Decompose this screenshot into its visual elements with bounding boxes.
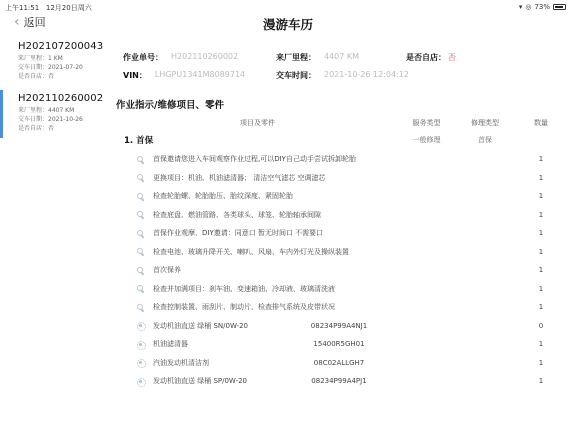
header-item: 项目及零件 — [116, 118, 399, 128]
order-list-sidebar: H202107200043 来厂里程：1 KM 交车日期：2021-07-20 … — [0, 36, 102, 432]
task-text: 更换项目：机油、机油滤清器； 清洁空气滤芯 空调滤芯 — [153, 173, 325, 183]
wrench-icon — [136, 173, 145, 182]
task-qty: 1 — [516, 211, 566, 219]
wifi-icon: ▾ — [519, 3, 523, 11]
task-row: 检查轮胎螺、轮胎胎压、胎纹深度、紧固轮胎 1 — [116, 187, 566, 206]
task-row: 检查并加满项目：刹车油、变速箱油、冷却液、玻璃清洗液 1 — [116, 280, 566, 299]
own-store-label: 是否自店： — [406, 52, 446, 63]
part-code: 15400R5GH01 — [279, 340, 399, 348]
task-row: 首保邀请您进入车间观察作业过程,可以DIY自己动手尝试拆卸轮胎 1 — [116, 150, 566, 169]
wrench-icon — [136, 303, 145, 312]
status-time-date: 上午11:51 12月20日周六 — [5, 3, 92, 13]
order-own-store: 是否自店：否 — [18, 72, 102, 81]
part-code: 08234P99A4NJ1 — [279, 322, 399, 330]
header-service-type: 服务类型 — [399, 118, 454, 128]
status-indicators: ▾ ◎ 73% — [519, 3, 566, 11]
wrench-icon — [136, 229, 145, 238]
battery-percent: 73% — [534, 3, 550, 11]
part-code: 08C02ALLGH7 — [279, 359, 399, 367]
status-bar: 上午11:51 12月20日周六 ▾ ◎ 73% — [0, 0, 576, 14]
gear-icon — [136, 340, 145, 349]
part-row: 机油滤清器 15400R5GH01 1 — [116, 335, 566, 354]
task-qty: 1 — [516, 229, 566, 237]
part-name: 发动机油直送 绿桶 SP/0W-20 — [153, 376, 279, 386]
work-items-table: 项目及零件 服务类型 修理类型 数量 1. 首保 一般修理 首保 首保邀请您进入… — [116, 116, 566, 391]
status-time: 上午11:51 — [5, 4, 39, 12]
wrench-icon — [136, 266, 145, 275]
back-label: 返回 — [24, 14, 46, 30]
part-qty: 1 — [516, 377, 566, 385]
order-mileage: 来厂里程：1 KM — [18, 54, 102, 63]
task-qty: 1 — [516, 285, 566, 293]
part-name: 汽油发动机清洁剂 — [153, 358, 279, 368]
gear-icon — [136, 358, 145, 367]
section-title: 作业指示/维修项目、零件 — [116, 97, 224, 111]
header-repair-type: 修理类型 — [454, 118, 516, 128]
part-code: 08234P99A4PJ1 — [279, 377, 399, 385]
task-row: 检查底盘、燃油管路、各类球头、球笼、轮胎轴承间隙 1 — [116, 206, 566, 225]
battery-icon — [553, 4, 566, 10]
task-text: 检查控制装置、雨刮片、制动片、检查排气系统及皮带状况 — [153, 302, 335, 312]
wrench-icon — [136, 192, 145, 201]
group-row: 1. 首保 一般修理 首保 — [116, 130, 566, 150]
order-id: H202107200043 — [18, 41, 102, 52]
task-text: 检查电池、玻璃升降开关、喇叭、风扇、车内外灯光及操纵装置 — [153, 247, 349, 257]
task-row: 首保作业观摩、DIY邀请：同意口 暂无时间口 不需要口 1 — [116, 224, 566, 243]
table-header: 项目及零件 服务类型 修理类型 数量 — [116, 116, 566, 130]
vin-value: LHGPU1341M8089714 — [155, 70, 245, 81]
task-text: 首次保养 — [153, 265, 181, 275]
task-qty: 1 — [516, 155, 566, 163]
wrench-icon — [136, 247, 145, 256]
order-card[interactable]: H202107200043 来厂里程：1 KM 交车日期：2021-07-20 … — [0, 36, 102, 88]
task-text: 首保邀请您进入车间观察作业过程,可以DIY自己动手尝试拆卸轮胎 — [153, 154, 356, 164]
task-qty: 1 — [516, 248, 566, 256]
vin-label: VIN： — [123, 70, 147, 81]
task-qty: 1 — [516, 266, 566, 274]
status-date: 12月20日周六 — [46, 4, 92, 12]
order-id: H202110260002 — [18, 93, 102, 104]
part-row: 发动机油直送 绿桶 SN/0W-20 08234P99A4NJ1 0 — [116, 317, 566, 336]
wrench-icon — [136, 284, 145, 293]
wrench-icon — [136, 210, 145, 219]
part-row: 发动机油直送 绿桶 SP/0W-20 08234P99A4PJ1 1 — [116, 372, 566, 391]
task-qty: 1 — [516, 303, 566, 311]
task-text: 首保作业观摩、DIY邀请：同意口 暂无时间口 不需要口 — [153, 228, 323, 238]
mileage-label: 来厂里程： — [276, 52, 316, 63]
wrench-icon — [136, 155, 145, 164]
task-row: 更换项目：机油、机油滤清器； 清洁空气滤芯 空调滤芯 1 — [116, 169, 566, 188]
part-name: 机油滤清器 — [153, 339, 279, 349]
part-qty: 1 — [516, 340, 566, 348]
chevron-left-icon: ‹ — [14, 15, 20, 29]
order-detail-info: 作业单号： H202110260002 来厂里程： 4407 KM 是否自店： … — [123, 48, 576, 84]
delivery-time-value: 2021-10-26 12:04:12 — [324, 70, 409, 81]
task-row: 首次保养 1 — [116, 261, 566, 280]
order-no-label: 作业单号： — [123, 52, 163, 63]
group-repair-type: 首保 — [454, 135, 516, 145]
order-own-store: 是否自店：否 — [18, 124, 102, 133]
order-card-selected[interactable]: H202110260002 来厂里程：4407 KM 交车日期：2021-10-… — [0, 88, 102, 140]
header-qty: 数量 — [516, 118, 566, 128]
gear-icon — [136, 321, 145, 330]
order-no-value: H202110260002 — [171, 52, 238, 63]
group-service-type: 一般修理 — [399, 135, 454, 145]
part-qty: 1 — [516, 359, 566, 367]
mileage-value: 4407 KM — [324, 52, 359, 63]
task-row: 检查控制装置、雨刮片、制动片、检查排气系统及皮带状况 1 — [116, 298, 566, 317]
part-qty: 0 — [516, 322, 566, 330]
task-text: 检查底盘、燃油管路、各类球头、球笼、轮胎轴承间隙 — [153, 210, 321, 220]
order-mileage: 来厂里程：4407 KM — [18, 106, 102, 115]
task-text: 检查并加满项目：刹车油、变速箱油、冷却液、玻璃清洗液 — [153, 284, 335, 294]
orientation-lock-icon: ◎ — [525, 3, 531, 11]
page-title: 漫游车历 — [0, 15, 576, 33]
gear-icon — [136, 377, 145, 386]
back-button[interactable]: ‹ 返回 — [14, 14, 46, 30]
task-text: 检查轮胎螺、轮胎胎压、胎纹深度、紧固轮胎 — [153, 191, 293, 201]
group-name: 1. 首保 — [116, 134, 399, 146]
delivery-time-label: 交车时间： — [276, 70, 316, 81]
order-delivery-date: 交车日期：2021-07-20 — [18, 63, 102, 72]
order-delivery-date: 交车日期：2021-10-26 — [18, 115, 102, 124]
task-row: 检查电池、玻璃升降开关、喇叭、风扇、车内外灯光及操纵装置 1 — [116, 243, 566, 262]
task-qty: 1 — [516, 192, 566, 200]
own-store-value: 否 — [448, 52, 456, 63]
part-row: 汽油发动机清洁剂 08C02ALLGH7 1 — [116, 354, 566, 373]
part-name: 发动机油直送 绿桶 SN/0W-20 — [153, 321, 279, 331]
task-qty: 1 — [516, 174, 566, 182]
